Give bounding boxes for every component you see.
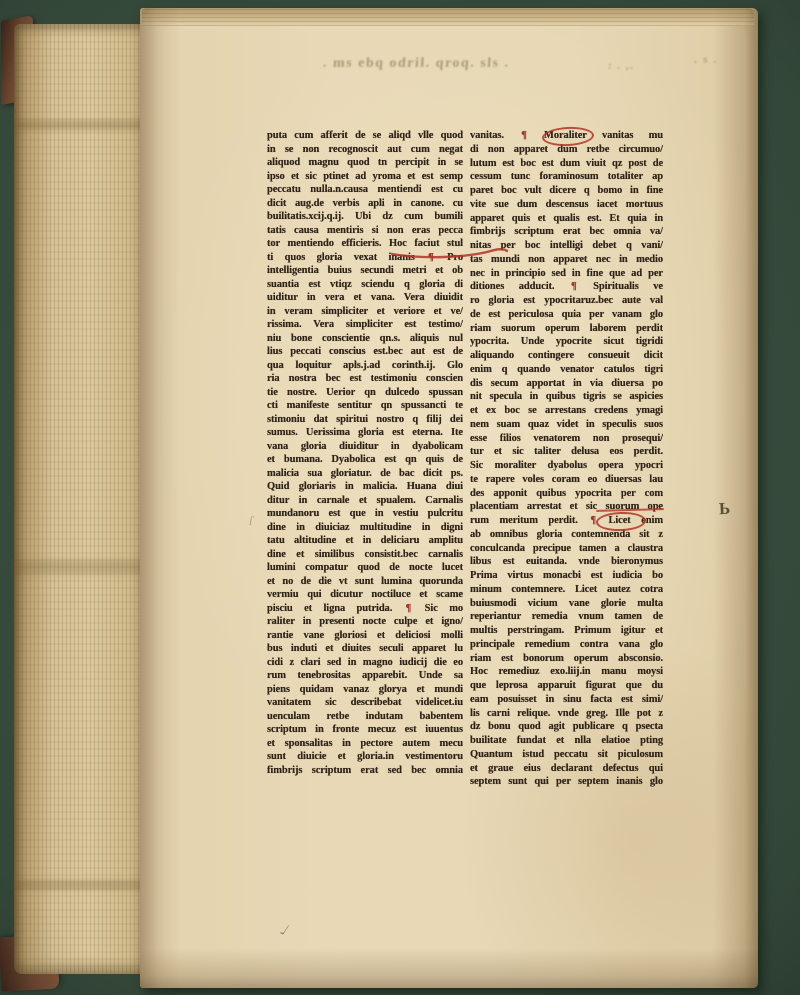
text-line: de est periculosa quia per vanam glo [470,308,663,322]
text-line: bus induti et diuites seculi apparet lu [267,642,463,656]
page-right-edge-shadow [712,8,758,988]
marginalia-right-mark: Ь [718,499,730,520]
text-line: eam posuisset in sinu facta est simi/ [470,693,663,707]
text-line: buiusmodi vicium vane glorie multa [470,597,663,611]
text-line: vite sue dum descensus iacet mortuus [470,198,663,212]
pilcrow-mark: ¶ [404,603,414,614]
text-line: scriptum in fronte mecuz est iuuentus [267,723,463,737]
fore-edge-shadow-band [14,880,152,890]
text-line: dicit aug.de verbis apli in canone. cu [267,197,463,211]
showthrough-header-text: . ms ebq odril. qroq. sls . [322,56,510,71]
text-line: nem suam quaz videt in speculis suos [470,418,663,432]
book-fore-edge-pages [14,24,152,974]
text-line: Sic moraliter dyabolus opera ypocri [470,459,663,473]
text-line: ditiones adducit. ¶ Spiritualis ve [470,280,663,294]
text-line: malicia sua gloriatur. de bac dicit ps. [267,467,463,481]
text-line: uenculam retbe indutam babentem [267,710,463,724]
text-line: ria nostra bec est testimoniu conscien [267,372,463,386]
text-line: tatu altitudine et in deliciaru amplitu [267,534,463,548]
text-line: septem sunt qui per septem inanis glo [470,775,663,789]
text-line: dz bonu quod agit publicare q psecta [470,720,663,734]
text-line: tie nostre. Uerior qn dulcedo spussan [267,386,463,400]
text-line: et graue eius declarant defectus qui [470,762,663,776]
text-line: mundanoru est que in vestiu pulcritu [267,507,463,521]
showthrough-smudge: . s . [694,52,719,66]
text-line: Prima virtus monacbi est iudicia bo [470,569,663,583]
text-line: multis perstringam. Primum igitur et [470,624,663,638]
text-line: et ex boc se arrestans credens ymagi [470,404,663,418]
text-line: rissima. Vera simpliciter est testimo/ [267,318,463,332]
text-line: riam est bonorum operum absconsio. [470,652,663,666]
text-line: ipso et sic ptinet ad yroma et est semp [267,170,463,184]
text-line: libus est euitanda. vnde bieronymus [470,555,663,569]
text-line: vanitatem sic describebat videlicet.iu [267,696,463,710]
text-line: nit specula in quibus tigris se aspicies [470,390,663,404]
text-line: lumini compatur quod de nocte lucet [267,561,463,575]
text-line: dine in diuiciaz multitudine in digni [267,521,463,535]
text-line: lis carni relique. vnde greg. Ille pot z [470,707,663,721]
page-block-top-edge [142,8,754,26]
text-line: conculcanda precipue tamen a claustra [470,542,663,556]
text-line: ab omnibus gloria contemnenda sit z [470,528,663,542]
text-line: et bumana. Dyabolica est qn quis de [267,453,463,467]
text-line: sumus. Uerissima gloria est eterna. Ite [267,426,463,440]
text-line: cti manifeste sentitur qn spussancti te [267,399,463,413]
text-column-right: vanitas. ¶ Moraliter vanitas mudi non ap… [470,129,663,789]
text-line: intelligentia buius secundi metri et ob [267,264,463,278]
text-line: Quantum istud peccatu sit piculosum [470,748,663,762]
text-line: minum contemnere. Licet autez cotra [470,583,663,597]
text-line: uiditur in vera et vana. Vera diuidit [267,291,463,305]
text-line: lutum est boc est dum viuit qz post de [470,157,663,171]
text-line: niu bone conscientie qn.s. aliquis nul [267,332,463,346]
text-line: cessum tunc foraminosum totaliter ap [470,170,663,184]
text-line: qua loquitur apls.j.ad corinth.ij. Glo [267,359,463,373]
text-line: des apponit quibus ypocrita per com [470,487,663,501]
text-line: placentiam arrestat et sic suorum ope [470,500,663,514]
text-line: fimbrijs scriptum erat bec omnia va/ [470,225,663,239]
text-line: et sponsalitas in pectore autem mecu [267,737,463,751]
text-line: piens quidam vanaz glorya et mundi [267,683,463,697]
text-line: Quid gloriaris in malicia. Huana diui [267,480,463,494]
text-line: apparet quis et qualis est. Et quia in [470,212,663,226]
text-line: stimoniu dat spiritui nostro q filij dei [267,413,463,427]
pilcrow-mark: ¶ [519,130,529,141]
text-line: builitate fundat et nlla elatioe pting [470,734,663,748]
text-line: esse filios venatorem non prosequi/ [470,432,663,446]
text-line: builitatis.xcij.q.ij. Ubi dz cum bumili [267,210,463,224]
text-line: fimbrijs scriptum erat sed bec omnia [267,764,463,778]
text-line: raliter in presenti nocte culpe et igno/ [267,615,463,629]
text-line: paret boc vult dicere q bomo in fine [470,184,663,198]
text-line: ditur in carnale et spualem. Carnalis [267,494,463,508]
text-line: suantia est vtiqz sciendu q gloria di [267,278,463,292]
text-line: in veram simpliciter et veriore et ve/ [267,305,463,319]
text-line: lius peccati conscius est.bec aut est de [267,345,463,359]
text-line: tatis causa mentiris si non eras pecca [267,224,463,238]
text-line: ypocrita. Unde ypocrite sicut tigridi [470,335,663,349]
text-line: rum tenebrositas apparebit. Unde sa [267,669,463,683]
text-line: aliquando contingere consueuit dicit [470,349,663,363]
text-line: et no de die vt sunt lumina quorunda [267,575,463,589]
page-gutter-shadow [140,8,180,988]
page-bottom-edge-shadow [140,948,758,988]
pilcrow-mark: ¶ [569,281,579,292]
text-line: puta cum afferit de se aliqd vlle quod [267,129,463,143]
text-line: vana gloria diuiditur in dyabolicam [267,440,463,454]
text-line: principale remedium contra vana glo [470,638,663,652]
text-line: rantie vane gloriosi et deliciosi molli [267,629,463,643]
text-line: reperiantur remedia vnum tamen de [470,610,663,624]
text-line: te rapere voles coram eo diuersas lau [470,473,663,487]
red-underline-flourish [391,246,509,262]
text-line: tur et sic taliter delusa eos perdit. [470,445,663,459]
text-line: cidi z clari sed in magno iudicij die eo [267,656,463,670]
text-line: in se non recognoscit aut cum negat [267,143,463,157]
text-line: vermiu qui dicutur noctiluce et scame [267,588,463,602]
fore-edge-shadow-band [14,560,152,574]
text-line: aliquod magnu quod tn percipit in se [267,156,463,170]
text-line: que leprosa apparuit figurat que du [470,679,663,693]
text-line: pisciu et ligna putrida. ¶ Sic mo [267,602,463,616]
text-line: sunt diuicie et gloria.in vestimentoru [267,750,463,764]
text-line: Hoc remediuz exo.liij.in manu moysi [470,665,663,679]
text-line: ro gloria est ypocritaruz.bec aute val [470,294,663,308]
text-line: dine et similibus consistit.bec carnalis [267,548,463,562]
fore-edge-shadow-band [14,120,152,130]
text-line: riam suorum operum laborem perdit [470,322,663,336]
text-line: dis secum apportat in via diuersa po [470,377,663,391]
text-line: nec in principio sed in fine que ad per [470,267,663,281]
text-line: peccatu nulla.n.causa mentiendi est cu [267,183,463,197]
text-column-left: puta cum afferit de se aliqd vlle quodin… [267,129,463,777]
showthrough-smudge: : . ,. [608,60,635,71]
text-line: enim q quando venator catulos tigri [470,363,663,377]
